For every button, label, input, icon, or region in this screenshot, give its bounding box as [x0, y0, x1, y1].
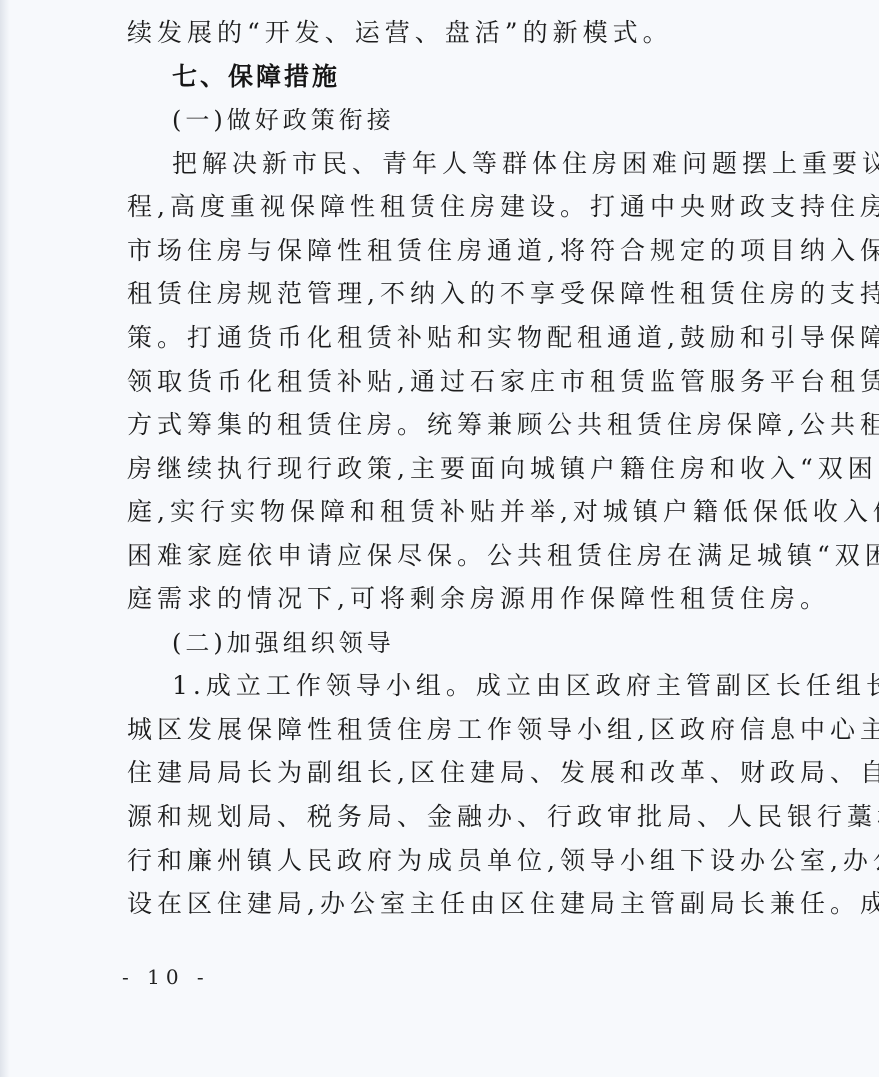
paragraph-line: 源和规划局、税务局、金融办、行政审批局、人民银行藁城区支: [127, 795, 787, 839]
paragraph-line: 市场住房与保障性租赁住房通道,将符合规定的项目纳入保障性: [127, 229, 787, 273]
paragraph-continuation-line: 续发展的“开发、运营、盘活”的新模式。: [127, 11, 787, 55]
subsection-title-1: (一)做好政策衔接: [172, 98, 395, 142]
paragraph-line: 房继续执行现行政策,主要面向城镇户籍住房和收入“双困”家: [127, 447, 787, 491]
paragraph-line: 方式筹集的租赁住房。统筹兼顾公共租赁住房保障,公共租赁住: [127, 403, 787, 447]
document-page: 续发展的“开发、运营、盘活”的新模式。 七、保障措施 (一)做好政策衔接 把解决…: [0, 0, 879, 1077]
paragraph-line: 程,高度重视保障性租赁住房建设。打通中央财政支持住房租赁: [127, 185, 787, 229]
paragraph-line: 行和廉州镇人民政府为成员单位,领导小组下设办公室,办公室: [127, 839, 787, 883]
subsection-title-2: (二)加强组织领导: [172, 621, 395, 665]
paragraph-line: 城区发展保障性租赁住房工作领导小组,区政府信息中心主任、: [127, 708, 787, 752]
paragraph-line: 住建局局长为副组长,区住建局、发展和改革、财政局、自然资: [127, 751, 787, 795]
section-heading: 七、保障措施: [172, 55, 340, 99]
paragraph-line: 庭,实行实物保障和租赁补贴并举,对城镇户籍低保低收入住房: [127, 490, 787, 534]
page-number: - 10 -: [122, 965, 210, 989]
paragraph-line: 庭需求的情况下,可将剩余房源用作保障性租赁住房。: [127, 577, 787, 621]
paragraph-line: 困难家庭依申请应保尽保。公共租赁住房在满足城镇“双困”家: [127, 534, 787, 578]
paragraph-line: 1.成立工作领导小组。成立由区政府主管副区长任组长的藁: [172, 664, 786, 708]
paragraph-line: 把解决新市民、青年人等群体住房困难问题摆上重要议事日: [172, 142, 786, 186]
paragraph-line: 租赁住房规范管理,不纳入的不享受保障性租赁住房的支持政: [127, 272, 787, 316]
paragraph-line: 策。打通货币化租赁补贴和实物配租通道,鼓励和引导保障对象: [127, 316, 787, 360]
paragraph-line: 设在区住建局,办公室主任由区住建局主管副局长兼任。成立工: [127, 882, 787, 926]
paragraph-line: 领取货币化租赁补贴,通过石家庄市租赁监管服务平台租赁盘活: [127, 360, 787, 404]
